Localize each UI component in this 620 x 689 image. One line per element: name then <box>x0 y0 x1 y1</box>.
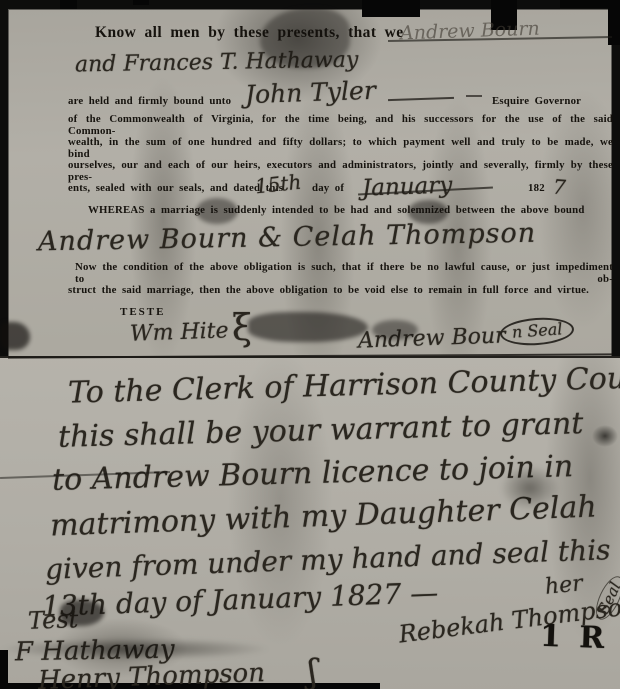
scan-artifact <box>560 0 608 8</box>
bond-witness-signature: Wm Hite <box>130 318 229 346</box>
condition-line: struct the said marriage, then the above… <box>68 285 589 297</box>
dated-clause: ents, sealed with our seals, and dated t… <box>68 183 283 195</box>
scan-artifact <box>608 0 620 45</box>
day-of-label: day of <box>312 183 344 195</box>
ink-mark: 1 R <box>539 619 608 656</box>
scan-artifact <box>133 0 149 5</box>
condition-line: Now the condition of the above obligatio… <box>75 262 613 286</box>
her-label: her <box>544 571 584 600</box>
ink-blot <box>0 322 30 350</box>
groom-seal: n Seal <box>500 318 574 345</box>
scan-artifact <box>0 650 8 689</box>
ink-blot <box>196 198 238 224</box>
ink-blot <box>260 8 350 68</box>
teste-label: TESTE <box>120 306 165 318</box>
scanned-marriage-bond-document: Know all men by these presents, that we … <box>0 0 620 689</box>
day-handwritten: 15th <box>254 170 303 199</box>
bottom-brace-squiggle: ʃ <box>308 652 317 689</box>
bound-clause: are held and firmly bound unto <box>68 96 231 108</box>
governor-title: Esquire Governor <box>492 96 581 108</box>
bond-headline: Know all men by these presents, that we <box>95 24 404 41</box>
seal-oval: n Seal <box>499 315 575 347</box>
ink-blot <box>372 320 418 340</box>
scan-artifact <box>60 0 77 9</box>
month-handwritten: January <box>362 172 453 201</box>
year-printed: 182 <box>528 183 545 195</box>
ink-blot <box>408 200 448 224</box>
bond-body-line: ourselves, our and each of our heirs, ex… <box>68 160 613 184</box>
year-digit-handwritten: 7 <box>552 175 566 200</box>
signature-flourish-dash <box>466 95 482 97</box>
ink-blot <box>248 312 368 342</box>
bond-body-line: of the Commonwealth of Virginia, for the… <box>68 114 613 138</box>
bond-body-line: wealth, in the sum of one hundred and fi… <box>68 137 613 161</box>
whereas-clause: WHEREAS a marriage is suddenly intended … <box>88 205 610 217</box>
governor-name: John Tyler <box>245 76 377 110</box>
scan-artifact <box>362 0 420 17</box>
